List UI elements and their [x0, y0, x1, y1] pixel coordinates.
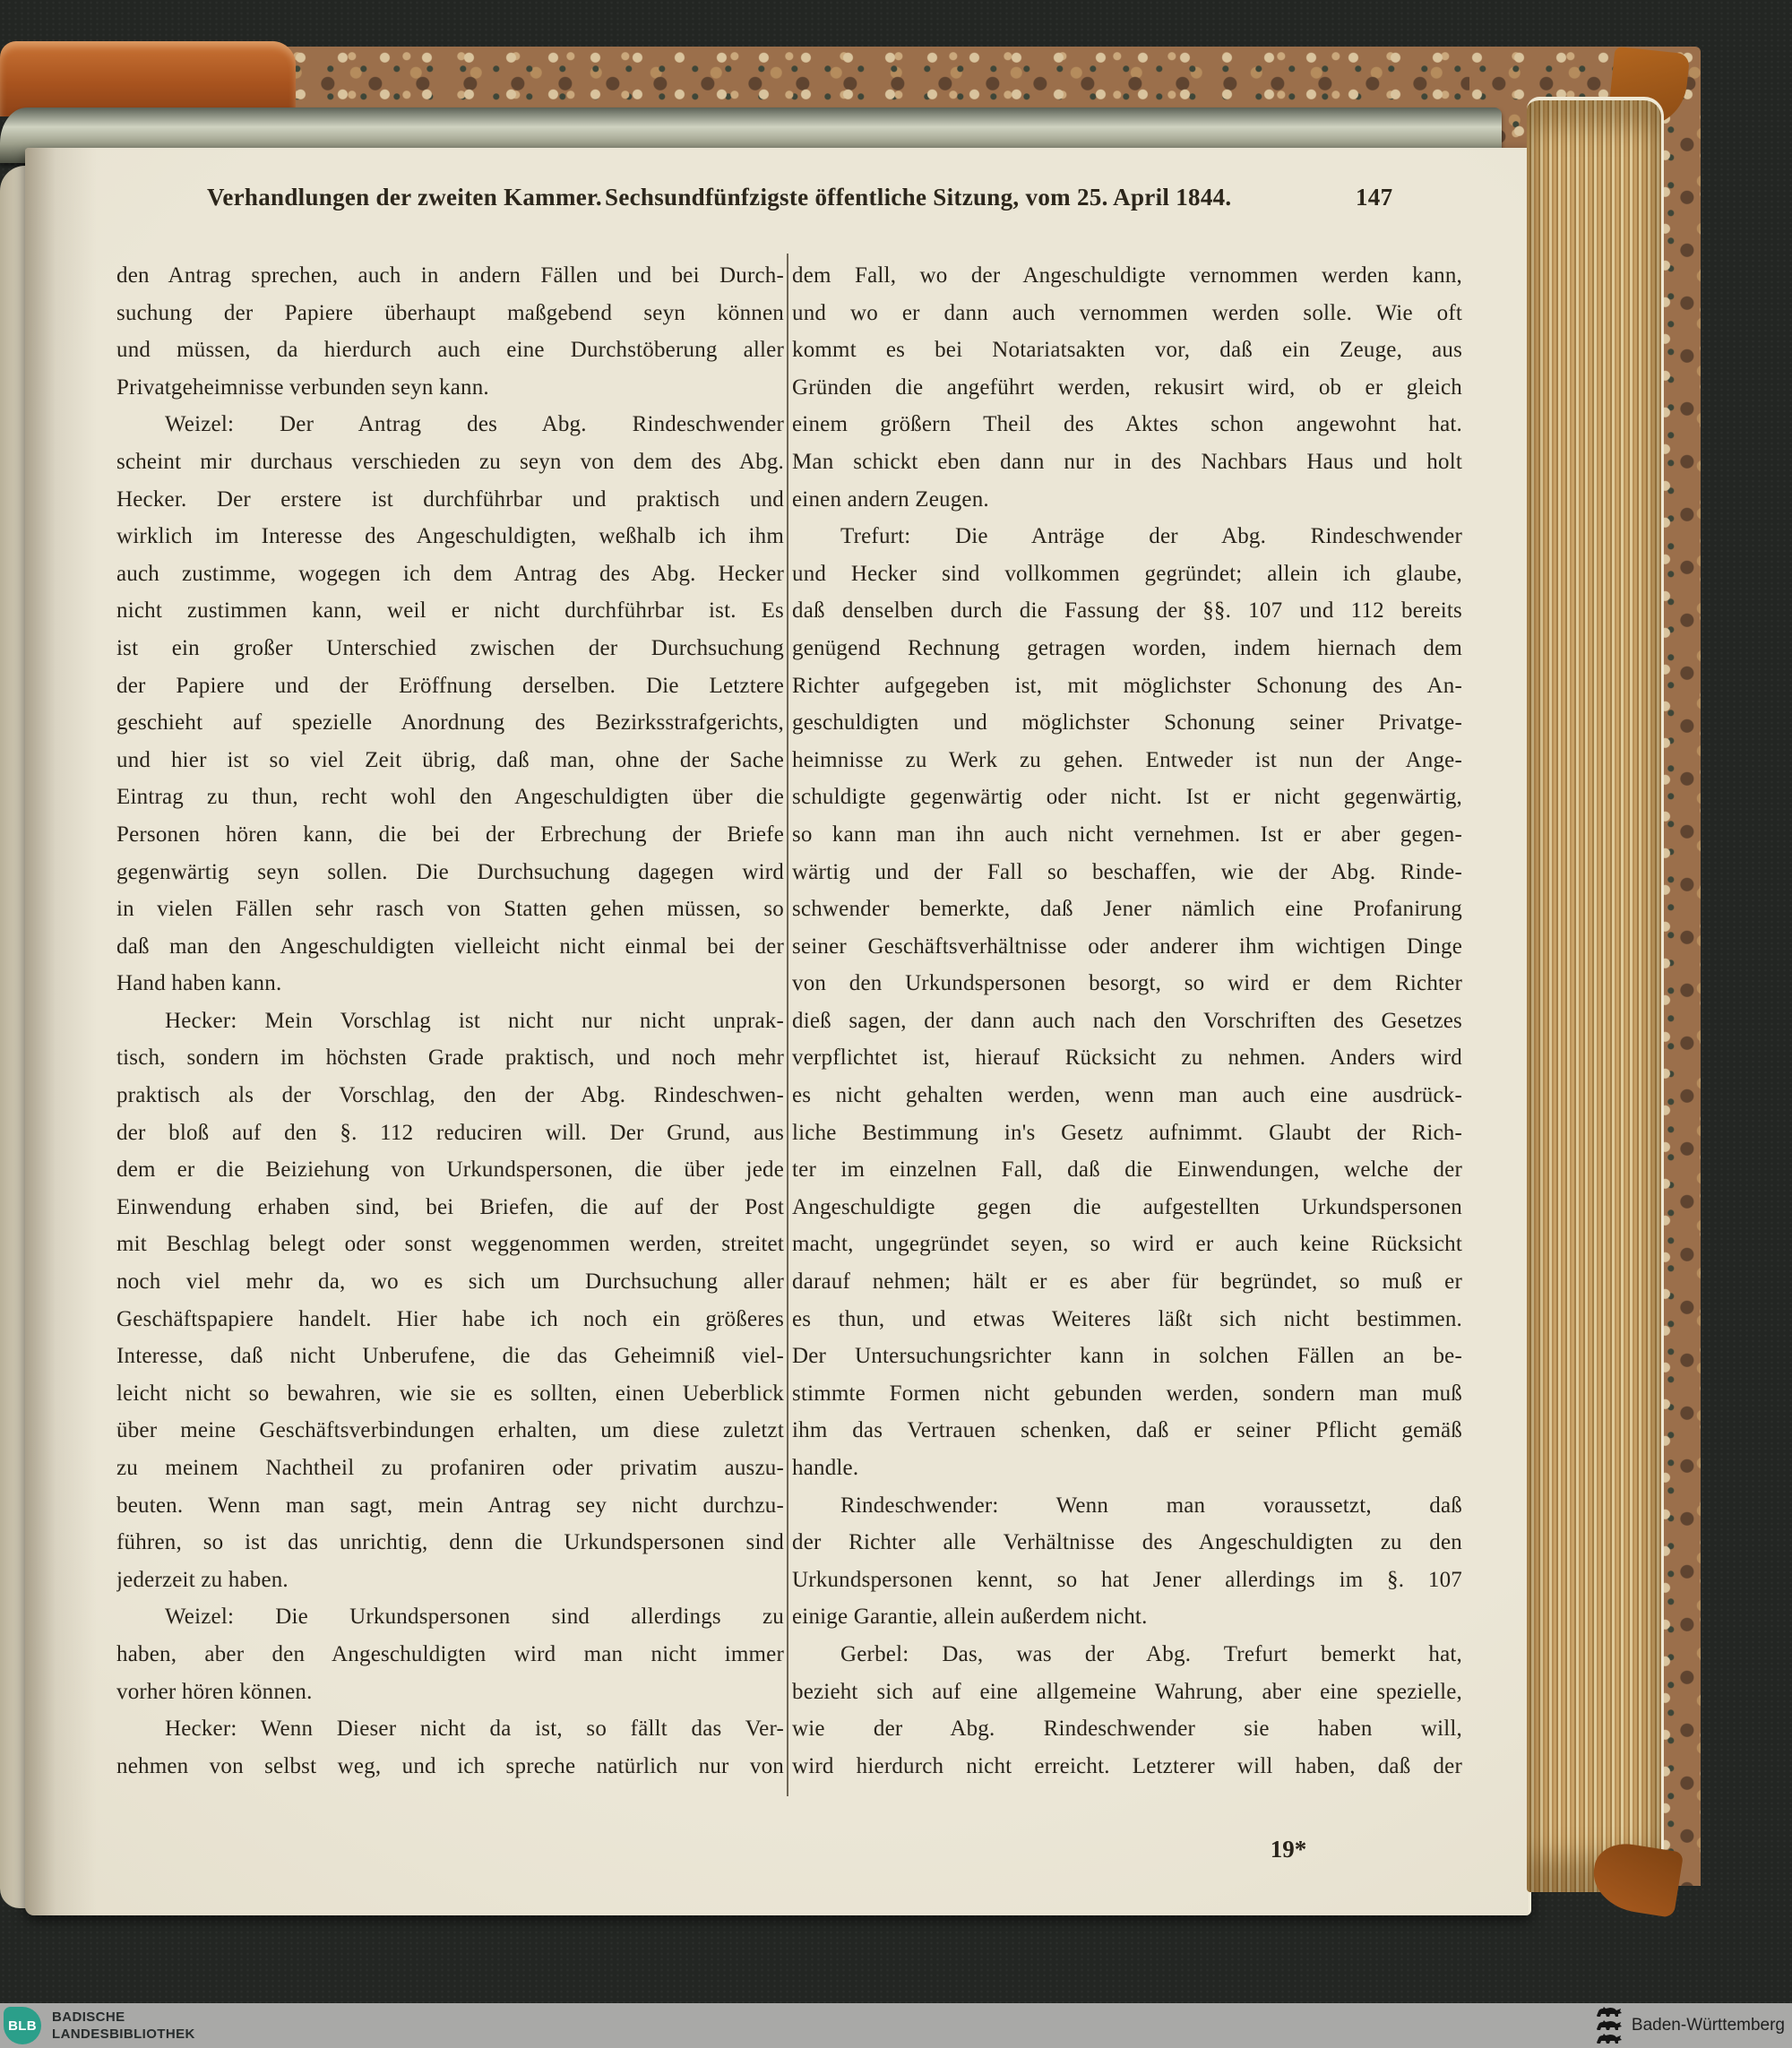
text-line: einige Garantie, allein außerdem nicht. — [792, 1598, 1462, 1636]
text-line: nicht zustimmen kann, weil er nicht durc… — [116, 592, 784, 630]
state-branding: Baden-Württemberg — [1596, 2003, 1785, 2048]
text-line: dem Fall, wo der Angeschuldigte vernomme… — [792, 257, 1462, 295]
text-line: Eintrag zu thun, recht wohl den Angeschu… — [116, 779, 784, 816]
digitized-book-viewer: Verhandlungen der zweiten Kammer. Sechsu… — [0, 0, 1792, 2048]
text-line: daß denselben durch die Fassung der §§. … — [792, 592, 1462, 630]
text-line: noch viel mehr da, wo es sich um Durchsu… — [116, 1263, 784, 1301]
text-column-right: dem Fall, wo der Angeschuldigte vernomme… — [792, 257, 1462, 1785]
text-line: leicht nicht so bewahren, wie sie es sol… — [116, 1375, 784, 1413]
text-line: beuten. Wenn man sagt, mein Antrag sey n… — [116, 1487, 784, 1525]
text-line: dem er die Beiziehung von Urkundspersone… — [116, 1151, 784, 1189]
text-line: darauf nehmen; hält er es aber für begrü… — [792, 1263, 1462, 1301]
text-line: Hecker: Wenn Dieser nicht da ist, so fäl… — [116, 1710, 784, 1748]
text-line: geschieht auf spezielle Anordnung des Be… — [116, 704, 784, 742]
text-line: wärtig und der Fall so beschaffen, wie d… — [792, 854, 1462, 891]
text-line: genügend Rechnung getragen worden, indem… — [792, 630, 1462, 667]
text-line: führen, so ist das unrichtig, denn die U… — [116, 1524, 784, 1562]
scanned-book-page: Verhandlungen der zweiten Kammer. Sechsu… — [25, 148, 1531, 1915]
text-line: Geschäftspapiere handelt. Hier habe ich … — [116, 1301, 784, 1338]
library-name: BADISCHE LANDESBIBLIOTHEK — [52, 2009, 195, 2043]
running-head-left: Verhandlungen der zweiten Kammer. — [207, 184, 602, 211]
text-line: Hand haben kann. — [116, 965, 784, 1002]
text-line: wird hierdurch nicht erreicht. Letzterer… — [792, 1748, 1462, 1786]
text-line: Hecker. Der erstere ist durchführbar und… — [116, 481, 784, 519]
text-line: Hecker: Mein Vorschlag ist nicht nur nic… — [116, 1002, 784, 1040]
text-line: vorher hören können. — [116, 1674, 784, 1711]
printers-signature-mark: 19* — [1226, 1836, 1351, 1863]
blb-logo: BLB — [4, 2007, 41, 2044]
text-line: dieß sagen, der dann auch nach den Vorsc… — [792, 1002, 1462, 1040]
text-line: jederzeit zu haben. — [116, 1562, 784, 1599]
text-line: und müssen, da hierdurch auch eine Durch… — [116, 331, 784, 369]
text-line: Man schickt eben dann nur in des Nachbar… — [792, 443, 1462, 481]
text-line: der Papiere und der Eröffnung derselben.… — [116, 667, 784, 705]
leather-spine-edge — [0, 41, 296, 116]
text-line: es nicht gehalten werden, wenn man auch … — [792, 1077, 1462, 1114]
running-head-center: Sechsundfünfzigste öffentliche Sitzung, … — [605, 184, 1231, 211]
text-line: ter im einzelnen Fall, daß die Einwendun… — [792, 1151, 1462, 1189]
page-number: 147 — [1356, 184, 1392, 211]
text-line: heimnisse zu Werk zu gehen. Entweder ist… — [792, 742, 1462, 779]
text-line: verpflichtet ist, hierauf Rücksicht zu n… — [792, 1039, 1462, 1077]
text-line: einem größern Theil des Aktes schon ange… — [792, 406, 1462, 443]
text-line: Interesse, daß nicht Unberufene, die das… — [116, 1338, 784, 1375]
text-line: nehmen von selbst weg, und ich spreche n… — [116, 1748, 784, 1786]
text-line: schwender bemerkte, daß Jener nämlich ei… — [792, 891, 1462, 928]
text-line: Gerbel: Das, was der Abg. Trefurt bemerk… — [792, 1636, 1462, 1674]
state-name: Baden-Württemberg — [1632, 2016, 1785, 2035]
text-line: liche Bestimmung in's Gesetz aufnimmt. G… — [792, 1114, 1462, 1152]
text-line: handle. — [792, 1450, 1462, 1487]
text-line: macht, ungegründet seyen, so wird er auc… — [792, 1226, 1462, 1263]
text-line: und wo er dann auch vernommen werden sol… — [792, 295, 1462, 332]
text-line: Der Untersuchungsrichter kann in solchen… — [792, 1338, 1462, 1375]
text-line: in vielen Fällen sehr rasch von Statten … — [116, 891, 784, 928]
text-line: gegenwärtig seyn sollen. Die Durchsuchun… — [116, 854, 784, 891]
text-line: scheint mir durchaus verschieden zu seyn… — [116, 443, 784, 481]
text-line: daß man den Angeschuldigten vielleicht n… — [116, 928, 784, 966]
text-line: Personen hören kann, die bei der Erbrech… — [116, 816, 784, 854]
text-line: tisch, sondern im höchsten Grade praktis… — [116, 1039, 784, 1077]
marbled-board-top-edge — [251, 47, 1523, 116]
text-line: Rindeschwender: Wenn man voraussetzt, da… — [792, 1487, 1462, 1525]
text-line: Weizel: Der Antrag des Abg. Rindeschwend… — [116, 406, 784, 443]
text-line: kommt es bei Notariatsakten vor, daß ein… — [792, 331, 1462, 369]
text-line: auch zustimme, wogegen ich dem Antrag de… — [116, 555, 784, 593]
leather-corner-bottom-right — [1589, 1839, 1684, 1918]
marbled-board-right-edge — [1658, 108, 1701, 1886]
text-line: der bloß auf den §. 112 reduciren will. … — [116, 1114, 784, 1152]
text-line: so kann man ihn auch nicht vernehmen. Is… — [792, 816, 1462, 854]
text-line: und Hecker sind vollkommen gegründet; al… — [792, 555, 1462, 593]
text-line: einen andern Zeugen. — [792, 481, 1462, 519]
running-head: Verhandlungen der zweiten Kammer. Sechsu… — [25, 184, 1529, 219]
text-line: es thun, und etwas Weiteres läßt sich ni… — [792, 1301, 1462, 1338]
text-line: geschuldigten und möglichster Schonung s… — [792, 704, 1462, 742]
text-line: über meine Geschäftsverbindungen erhalte… — [116, 1412, 784, 1450]
text-line: wirklich im Interesse des Angeschuldigte… — [116, 518, 784, 555]
text-line: wie der Abg. Rindeschwender sie haben wi… — [792, 1710, 1462, 1748]
book-fore-edge-pages — [1527, 97, 1664, 1892]
bw-coat-of-arms-icon — [1596, 2006, 1623, 2045]
text-line: suchung der Papiere überhaupt maßgebend … — [116, 295, 784, 332]
text-line: haben, aber den Angeschuldigten wird man… — [116, 1636, 784, 1674]
text-line: bezieht sich auf eine allgemeine Wahrung… — [792, 1674, 1462, 1711]
library-footer-bar: BLB BADISCHE LANDESBIBLIOTHEK Baden-Würt… — [0, 2003, 1792, 2048]
text-line: Richter aufgegeben ist, mit möglichster … — [792, 667, 1462, 705]
text-line: Privatgeheimnisse verbunden seyn kann. — [116, 369, 784, 407]
text-line: Trefurt: Die Anträge der Abg. Rindeschwe… — [792, 518, 1462, 555]
text-line: stimmte Formen nicht gebunden werden, so… — [792, 1375, 1462, 1413]
blb-logo-text: BLB — [8, 2018, 37, 2034]
text-line: den Antrag sprechen, auch in andern Fäll… — [116, 257, 784, 295]
text-line: praktisch als der Vorschlag, den der Abg… — [116, 1077, 784, 1114]
text-line: zu meinem Nachtheil zu profaniren oder p… — [116, 1450, 784, 1487]
text-line: Angeschuldigte gegen die aufgestellten U… — [792, 1189, 1462, 1226]
text-line: Gründen die angeführt werden, rekusirt w… — [792, 369, 1462, 407]
library-name-line1: BADISCHE — [52, 2009, 195, 2026]
text-line: und hier ist so viel Zeit übrig, daß man… — [116, 742, 784, 779]
text-line: ist ein großer Unterschied zwischen der … — [116, 630, 784, 667]
text-line: seiner Geschäftsverhältnisse oder andere… — [792, 928, 1462, 966]
text-line: der Richter alle Verhältnisse des Angesc… — [792, 1524, 1462, 1562]
library-name-line2: LANDESBIBLIOTHEK — [52, 2026, 195, 2043]
text-line: Weizel: Die Urkundspersonen sind allerdi… — [116, 1598, 784, 1636]
column-divider-rule — [787, 254, 788, 1796]
text-line: mit Beschlag belegt oder sonst weggenomm… — [116, 1226, 784, 1263]
text-line: Einwendung erhaben sind, bei Briefen, di… — [116, 1189, 784, 1226]
text-line: schuldigte gegenwärtig oder nicht. Ist e… — [792, 779, 1462, 816]
text-line: von den Urkundspersonen besorgt, so wird… — [792, 965, 1462, 1002]
text-line: Urkundspersonen kennt, so hat Jener alle… — [792, 1562, 1462, 1599]
text-line: ihm das Vertrauen schenken, daß er seine… — [792, 1412, 1462, 1450]
text-column-left: den Antrag sprechen, auch in andern Fäll… — [116, 257, 784, 1785]
